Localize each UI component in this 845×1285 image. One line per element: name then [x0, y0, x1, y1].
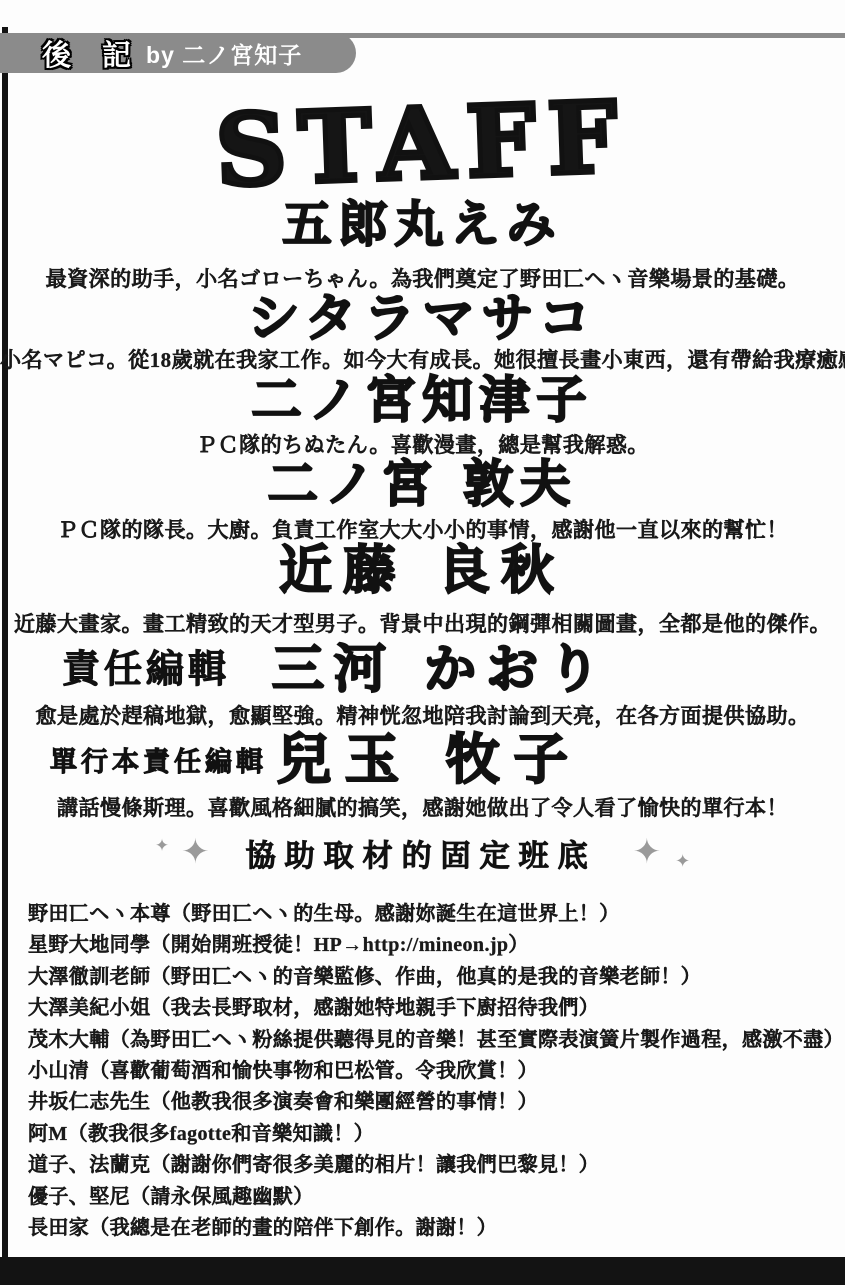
helper-list-item: 大澤徹訓老師（野田匸ヘヽ的音樂監修、作曲，他真的是我的音樂老師！） [28, 962, 838, 993]
sparkle-icon: ✦ [181, 836, 210, 870]
staff-heading: STAFF [0, 79, 845, 211]
bottom-border-rule [0, 1257, 845, 1285]
helper-list-item: 小山清（喜歡葡萄酒和愉快事物和巴松管。令我欣賞！） [28, 1056, 838, 1087]
editor-row: 責任編輯 三河 かおり [62, 638, 610, 698]
helper-list-item: 道子、法蘭克（謝謝你們寄很多美麗的相片！讓我們巴黎見！） [28, 1150, 838, 1181]
helper-list-item: 優子、堅尼（請永保風趣幽默） [28, 1182, 838, 1213]
staff-description: 講話慢條斯理。喜歡風格細膩的搞笑，感謝她做出了令人看了愉快的單行本！ [0, 792, 845, 822]
sparkle-icon: ✦ [633, 836, 662, 870]
header-banner: 後 記 by 二ノ宮知子 [0, 33, 356, 73]
editor-row: 單行本責任編輯 兒玉 牧子 [50, 731, 582, 788]
banner-byline: by 二ノ宮知子 [146, 37, 302, 70]
staff-name: 二ノ宮知津子 [0, 374, 845, 427]
staff-name: 二ノ宮 敦夫 [0, 458, 845, 511]
helpers-list: 野田匸ヘヽ本尊（野田匸ヘヽ的生母。感謝妳誕生在這世界上！） 星野大地同學（開始開… [28, 899, 838, 1244]
staff-name: 五郎丸えみ [0, 199, 845, 250]
helpers-section-header: ✦ ✦ 協助取材的固定班底 ✦ ✦ [0, 831, 845, 875]
sparkle-icon: ✦ [675, 852, 690, 870]
afterword-page: 後 記 by 二ノ宮知子 STAFF 五郎丸えみ 最資深的助手，小名ゴローちゃん… [0, 0, 845, 1285]
staff-description: 愈是處於趕稿地獄，愈顯堅強。精神恍忽地陪我討論到天亮，在各方面提供協助。 [0, 700, 845, 730]
staff-name: シタラマサコ [0, 292, 845, 347]
staff-name: 兒玉 牧子 [277, 731, 582, 788]
helpers-section-title: 協助取材的固定班底 [246, 831, 597, 875]
staff-name: 近藤 良秋 [0, 544, 845, 599]
helper-list-item: 茂木大輔（為野田匸ヘヽ粉絲提供聽得見的音樂！甚至實際表演簧片製作過程，感激不盡） [28, 1025, 838, 1056]
helper-list-item: 星野大地同學（開始開班授徒！HP→http://mineon.jp） [28, 930, 838, 961]
helper-list-item: 大澤美紀小姐（我去長野取材，感謝她特地親手下廚招待我們） [28, 993, 838, 1024]
banner-title: 後 記 [42, 33, 132, 74]
helper-list-item: 井坂仁志先生（他教我很多演奏會和樂團經營的事情！） [28, 1087, 838, 1118]
staff-name: 三河 かおり [272, 643, 610, 698]
staff-description: 近藤大畫家。畫工精致的天才型男子。背景中出現的鋼彈相關圖畫，全都是他的傑作。 [0, 608, 845, 638]
helper-list-item: 阿M（教我很多fagotte和音樂知識！） [28, 1119, 838, 1150]
helper-list-item: 長田家（我總是在老師的畫的陪伴下創作。謝謝！） [28, 1213, 838, 1244]
sparkle-icon: ✦ [155, 837, 169, 854]
editor-role-label: 責任編輯 [62, 638, 230, 698]
editor-role-label: 單行本責任編輯 [50, 740, 267, 788]
helper-list-item: 野田匸ヘヽ本尊（野田匸ヘヽ的生母。感謝妳誕生在這世界上！） [28, 899, 838, 930]
